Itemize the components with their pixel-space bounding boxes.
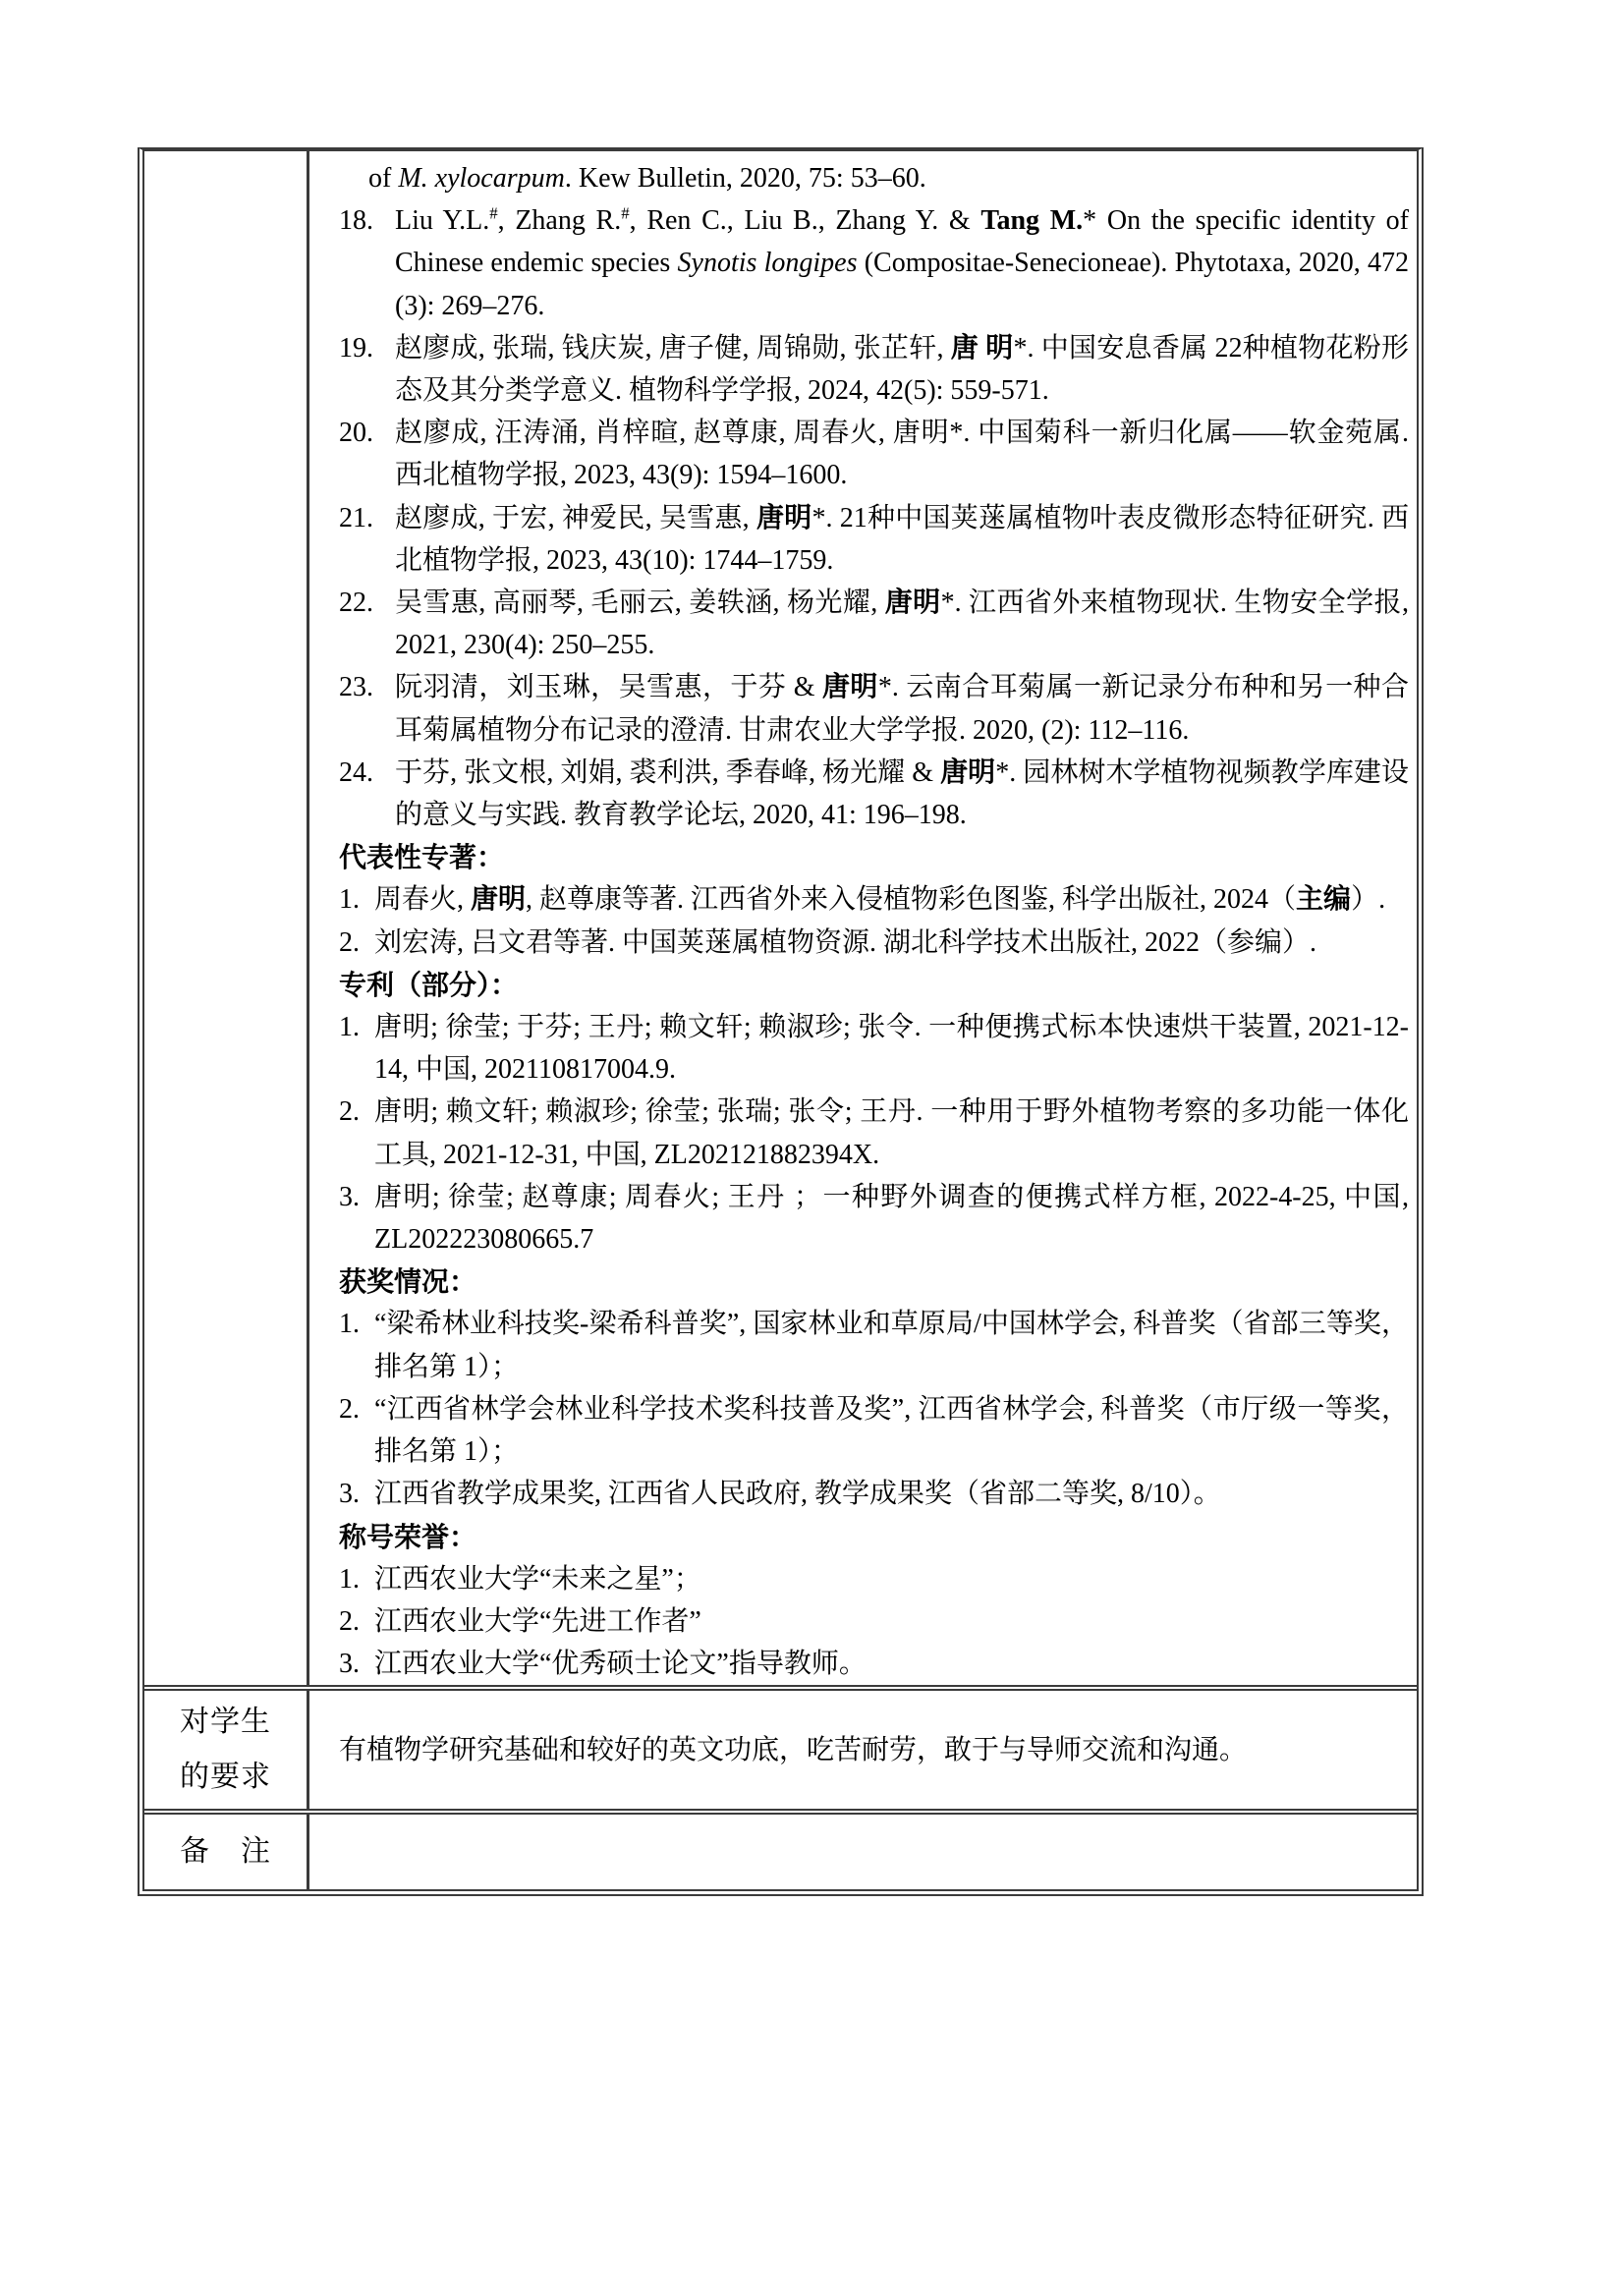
item-number: 18.	[339, 199, 395, 327]
text-run: 阮羽清，刘玉琳，吴雪惠，于芬 &	[395, 672, 822, 702]
section-heading: 称号荣誉：	[339, 1516, 1409, 1558]
publications-label-cell	[144, 151, 309, 1685]
student-requirements-text: 有植物学研究基础和较好的英文功底，吃苦耐劳，敢于与导师交流和沟通。	[339, 1729, 1247, 1771]
text-run: 江西农业大学“优秀硕士论文”指导教师。	[374, 1649, 867, 1679]
item-number: 1.	[339, 878, 374, 921]
text-run: 专利（部分）：	[339, 970, 518, 1000]
student-requirements-label-line2: 的要求	[180, 1750, 271, 1805]
item-number: 3.	[339, 1643, 374, 1685]
item-text: 江西省教学成果奖, 江西省人民政府, 教学成果奖（省部二等奖, 8/10）。	[374, 1473, 1409, 1515]
text-run: 赵廖成, 汪涛涌, 肖梓暄, 赵尊康, 周春火, 唐明*. 中国菊科一新归化属—…	[395, 418, 1409, 490]
text-run: 唐明	[822, 672, 878, 702]
item-number: 21.	[339, 497, 395, 582]
item-text: 江西农业大学“优秀硕士论文”指导教师。	[374, 1643, 1409, 1685]
item-text: 赵廖成, 汪涛涌, 肖梓暄, 赵尊康, 周春火, 唐明*. 中国菊科一新归化属—…	[395, 412, 1409, 496]
text-run: 唐明	[940, 757, 995, 788]
item-text: 赵廖成, 于宏, 神爱民, 吴雪惠, 唐明*. 21种中国荚蒾属植物叶表皮微形态…	[395, 497, 1409, 582]
text-run: , Ren C., Liu B., Zhang Y. &	[630, 205, 981, 236]
text-run: “梁希林业科技奖-梁希科普奖”, 国家林业和草原局/中国林学会, 科普奖（省部三…	[374, 1309, 1409, 1381]
text-run: , 赵尊康等著. 江西省外来入侵植物彩色图鉴, 科学出版社, 2024（	[526, 884, 1296, 915]
item-text: 刘宏涛, 吕文君等著. 中国荚蒾属植物资源. 湖北科学技术出版社, 2022（参…	[374, 922, 1409, 964]
item-text: 唐明; 徐莹; 于芬; 王丹; 赖文轩; 赖淑珍; 张令. 一种便携式标本快速烘…	[374, 1006, 1409, 1091]
list-item: 23.阮羽清，刘玉琳，吴雪惠，于芬 & 唐明*. 云南合耳菊属一新记录分布种和另…	[339, 666, 1409, 751]
list-item: 2.江西农业大学“先进工作者”	[339, 1600, 1409, 1643]
text-run: Synotis longipes	[678, 248, 858, 278]
item-number: 2.	[339, 1091, 374, 1175]
section-heading: 获奖情况：	[339, 1260, 1409, 1303]
item-text: 赵廖成, 张瑞, 钱庆炭, 唐子健, 周锦勋, 张芷轩, 唐 明*. 中国安息香…	[395, 327, 1409, 412]
list-item: 20.赵廖成, 汪涛涌, 肖梓暄, 赵尊康, 周春火, 唐明*. 中国菊科一新归…	[339, 412, 1409, 496]
item-number: 22.	[339, 582, 395, 666]
list-item: 2.刘宏涛, 吕文君等著. 中国荚蒾属植物资源. 湖北科学技术出版社, 2022…	[339, 922, 1409, 964]
text-run: 唐 明	[951, 333, 1014, 364]
text-run: 获奖情况：	[339, 1266, 476, 1297]
text-run: “江西省林学会林业科学技术奖科技普及奖”, 江西省林学会, 科普奖（市厅级一等奖…	[374, 1394, 1409, 1467]
item-text: 唐明; 赖文轩; 赖淑珍; 徐莹; 张瑞; 张令; 王丹. 一种用于野外植物考察…	[374, 1091, 1409, 1175]
list-item: 18.Liu Y.L.#, Zhang R.#, Ren C., Liu B.,…	[339, 199, 1409, 327]
text-run: 刘宏涛, 吕文君等著. 中国荚蒾属植物资源. 湖北科学技术出版社, 2022（参…	[374, 927, 1316, 958]
item-text: 江西农业大学“先进工作者”	[374, 1600, 1409, 1643]
text-run: #	[489, 204, 497, 223]
text-run: #	[621, 204, 629, 223]
text-run: 代表性专著：	[339, 842, 504, 872]
student-requirements-label-line1: 对学生	[180, 1695, 271, 1750]
text-run: 称号荣誉：	[339, 1522, 476, 1552]
item-number: 3.	[339, 1473, 374, 1515]
text-run: ）.	[1351, 884, 1385, 915]
student-requirements-row: 对学生 的要求 有植物学研究基础和较好的英文功底，吃苦耐劳，敢于与导师交流和沟通…	[144, 1685, 1417, 1809]
item-text: 周春火, 唐明, 赵尊康等著. 江西省外来入侵植物彩色图鉴, 科学出版社, 20…	[374, 878, 1409, 921]
item-number: 2.	[339, 1600, 374, 1643]
text-run: 唐明	[885, 588, 941, 618]
list-item: 2.“江西省林学会林业科学技术奖科技普及奖”, 江西省林学会, 科普奖（市厅级一…	[339, 1388, 1409, 1473]
list-item: 1.江西农业大学“未来之星”；	[339, 1558, 1409, 1600]
text-run: , Zhang R.	[498, 205, 622, 236]
item-text: 吴雪惠, 高丽琴, 毛丽云, 姜轶涵, 杨光耀, 唐明*. 江西省外来植物现状.…	[395, 582, 1409, 666]
item-text: 阮羽清，刘玉琳，吴雪惠，于芬 & 唐明*. 云南合耳菊属一新记录分布种和另一种合…	[395, 666, 1409, 751]
list-item: 22.吴雪惠, 高丽琴, 毛丽云, 姜轶涵, 杨光耀, 唐明*. 江西省外来植物…	[339, 582, 1409, 666]
text-run: of	[368, 163, 398, 194]
text-run: M. xylocarpum	[398, 163, 565, 194]
profile-table: of M. xylocarpum. Kew Bulletin, 2020, 75…	[138, 147, 1424, 1896]
text-run: 唐明	[756, 503, 812, 533]
list-item: 3.江西省教学成果奖, 江西省人民政府, 教学成果奖（省部二等奖, 8/10）。	[339, 1473, 1409, 1515]
section-heading: 代表性专著：	[339, 836, 1409, 878]
item-number: 20.	[339, 412, 395, 496]
notes-label-text: 备 注	[180, 1824, 271, 1879]
item-text: “梁希林业科技奖-梁希科普奖”, 国家林业和草原局/中国林学会, 科普奖（省部三…	[374, 1303, 1409, 1387]
item-number: 19.	[339, 327, 395, 412]
publications-list: of M. xylocarpum. Kew Bulletin, 2020, 75…	[309, 151, 1417, 1685]
item-number: 2.	[339, 922, 374, 964]
item-number: 1.	[339, 1303, 374, 1387]
item-text: Liu Y.L.#, Zhang R.#, Ren C., Liu B., Zh…	[395, 199, 1409, 327]
list-item: 21.赵廖成, 于宏, 神爱民, 吴雪惠, 唐明*. 21种中国荚蒾属植物叶表皮…	[339, 497, 1409, 582]
list-item: 19.赵廖成, 张瑞, 钱庆炭, 唐子健, 周锦勋, 张芷轩, 唐 明*. 中国…	[339, 327, 1409, 412]
list-item: 3.唐明; 徐莹; 赵尊康; 周春火; 王丹 ；一种野外调查的便携式样方框, 2…	[339, 1176, 1409, 1260]
item-number: 24.	[339, 752, 395, 836]
notes-label: 备 注	[144, 1815, 309, 1889]
text-run: 唐明; 赖文轩; 赖淑珍; 徐莹; 张瑞; 张令; 王丹. 一种用于野外植物考察…	[374, 1096, 1409, 1169]
text-run: 唐明; 徐莹; 赵尊康; 周春火; 王丹 ；一种野外调查的便携式样方框, 202…	[374, 1182, 1409, 1255]
section-heading: 专利（部分）：	[339, 964, 1409, 1006]
continuation-line: of M. xylocarpum. Kew Bulletin, 2020, 75…	[368, 157, 1409, 199]
text-run: 唐明; 徐莹; 于芬; 王丹; 赖文轩; 赖淑珍; 张令. 一种便携式标本快速烘…	[374, 1012, 1409, 1085]
item-text: 唐明; 徐莹; 赵尊康; 周春火; 王丹 ；一种野外调查的便携式样方框, 202…	[374, 1176, 1409, 1260]
page: of M. xylocarpum. Kew Bulletin, 2020, 75…	[0, 0, 1623, 2296]
text-run: 江西农业大学“先进工作者”	[374, 1606, 701, 1637]
text-run: . Kew Bulletin, 2020, 75: 53–60.	[565, 163, 926, 194]
list-item: 24.于芬, 张文根, 刘娟, 裘利洪, 季春峰, 杨光耀 & 唐明*. 园林树…	[339, 752, 1409, 836]
text-run: 赵廖成, 于宏, 神爱民, 吴雪惠,	[395, 503, 756, 533]
student-requirements-label: 对学生 的要求	[144, 1691, 309, 1809]
list-item: 1.唐明; 徐莹; 于芬; 王丹; 赖文轩; 赖淑珍; 张令. 一种便携式标本快…	[339, 1006, 1409, 1091]
text-run: Tang M.	[980, 205, 1083, 236]
notes-row: 备 注	[144, 1809, 1417, 1889]
text-run: 唐明	[471, 884, 526, 915]
text-run: 赵廖成, 张瑞, 钱庆炭, 唐子健, 周锦勋, 张芷轩,	[395, 333, 951, 364]
text-run: 江西省教学成果奖, 江西省人民政府, 教学成果奖（省部二等奖, 8/10）。	[374, 1479, 1221, 1509]
text-run: 吴雪惠, 高丽琴, 毛丽云, 姜轶涵, 杨光耀,	[395, 588, 885, 618]
item-number: 23.	[339, 666, 395, 751]
item-text: 江西农业大学“未来之星”；	[374, 1558, 1409, 1600]
list-item: 1.“梁希林业科技奖-梁希科普奖”, 国家林业和草原局/中国林学会, 科普奖（省…	[339, 1303, 1409, 1387]
item-number: 1.	[339, 1006, 374, 1091]
item-text: “江西省林学会林业科学技术奖科技普及奖”, 江西省林学会, 科普奖（市厅级一等奖…	[374, 1388, 1409, 1473]
item-number: 1.	[339, 1558, 374, 1600]
item-number: 3.	[339, 1176, 374, 1260]
text-run: Liu Y.L.	[395, 205, 489, 236]
text-run: 于芬, 张文根, 刘娟, 裘利洪, 季春峰, 杨光耀 &	[395, 757, 940, 788]
text-run: 主编	[1296, 884, 1351, 915]
text-run: 周春火,	[374, 884, 471, 915]
list-item: 3.江西农业大学“优秀硕士论文”指导教师。	[339, 1643, 1409, 1685]
publications-row: of M. xylocarpum. Kew Bulletin, 2020, 75…	[144, 151, 1417, 1685]
text-run: 江西农业大学“未来之星”；	[374, 1564, 701, 1595]
list-item: 1.周春火, 唐明, 赵尊康等著. 江西省外来入侵植物彩色图鉴, 科学出版社, …	[339, 878, 1409, 921]
item-number: 2.	[339, 1388, 374, 1473]
list-item: 2.唐明; 赖文轩; 赖淑珍; 徐莹; 张瑞; 张令; 王丹. 一种用于野外植物…	[339, 1091, 1409, 1175]
item-text: 于芬, 张文根, 刘娟, 裘利洪, 季春峰, 杨光耀 & 唐明*. 园林树木学植…	[395, 752, 1409, 836]
